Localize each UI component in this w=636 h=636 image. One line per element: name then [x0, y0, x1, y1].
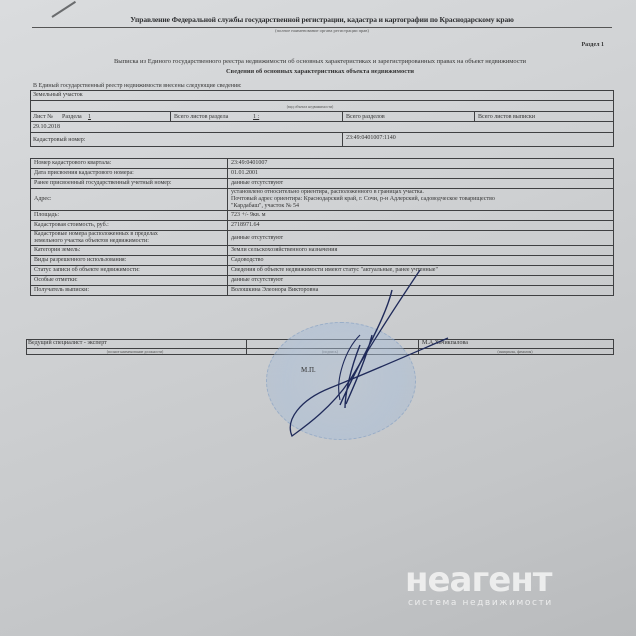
watermark-logo: неагент: [405, 560, 552, 600]
document-photo: Управление Федеральной службы государств…: [0, 0, 636, 636]
watermark-tagline: система недвижимости: [408, 598, 553, 608]
handwritten-signature: [0, 0, 636, 636]
